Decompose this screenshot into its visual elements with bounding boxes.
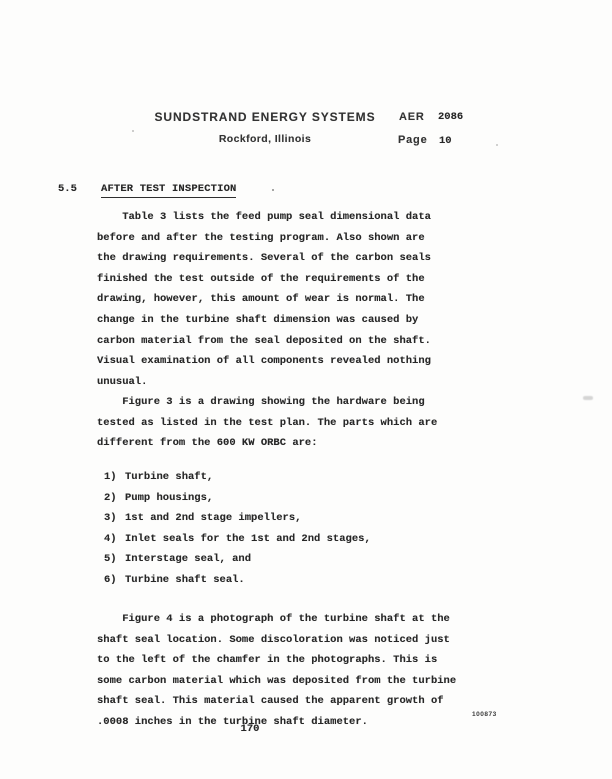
- list-item: 6) Turbine shaft seal.: [97, 570, 371, 591]
- list-item-number: 1): [104, 467, 125, 488]
- text-line: shaft seal. This material caused the app…: [97, 691, 456, 712]
- section-title: AFTER TEST INSPECTION: [101, 183, 236, 198]
- text-line: different from the 600 KW ORBC are:: [97, 433, 437, 454]
- paragraph-2: Figure 3 is a drawing showing the hardwa…: [97, 392, 437, 454]
- text-line: before and after the testing program. Al…: [97, 228, 431, 249]
- text-line: Figure 4 is a photograph of the turbine …: [97, 609, 456, 630]
- stamp-number: 100873: [472, 711, 497, 718]
- list-item: 4) Inlet seals for the 1st and 2nd stage…: [97, 529, 371, 550]
- section-number: 5.5: [58, 183, 77, 195]
- scan-smudge: [583, 396, 593, 400]
- list-item-number: 2): [104, 488, 125, 509]
- scan-speck: [272, 189, 274, 191]
- report-label: AER: [399, 111, 425, 123]
- text-line: to the left of the chamfer in the photog…: [97, 650, 456, 671]
- text-line: shaft seal location. Some discoloration …: [97, 630, 456, 651]
- text-line: Figure 3 is a drawing showing the hardwa…: [97, 392, 437, 413]
- list-item-number: 3): [104, 508, 125, 529]
- list-item-text: Pump housings,: [125, 488, 213, 509]
- text-line: Visual examination of all components rev…: [97, 351, 431, 372]
- document-page: SUNDSTRAND ENERGY SYSTEMS Rockford, Illi…: [0, 0, 612, 779]
- text-line: unusual.: [97, 372, 431, 393]
- text-line: finished the test outside of the require…: [97, 269, 431, 290]
- text-line: change in the turbine shaft dimension wa…: [97, 310, 431, 331]
- paragraph-3: Figure 4 is a photograph of the turbine …: [97, 609, 456, 733]
- company-location: Rockford, Illinois: [130, 133, 400, 145]
- list-item-text: Turbine shaft,: [125, 467, 213, 488]
- report-number: 2086: [438, 111, 463, 123]
- list-item-number: 6): [104, 570, 125, 591]
- text-line: the drawing requirements. Several of the…: [97, 248, 431, 269]
- list-item: 1) Turbine shaft,: [97, 467, 371, 488]
- text-line: carbon material from the seal deposited …: [97, 331, 431, 352]
- text-line: some carbon material which was deposited…: [97, 671, 456, 692]
- list-item-text: 1st and 2nd stage impellers,: [125, 508, 301, 529]
- list-item-text: Interstage seal, and: [125, 549, 251, 570]
- text-line: .0008 inches in the turbine shaft diamet…: [97, 712, 456, 733]
- folio-page-number: 170: [228, 723, 272, 735]
- scan-speck: [496, 144, 498, 146]
- list-item-number: 5): [104, 549, 125, 570]
- page-label: Page: [398, 134, 428, 146]
- list-item: 5) Interstage seal, and: [97, 549, 371, 570]
- list-item-number: 4): [104, 529, 125, 550]
- list-item-text: Turbine shaft seal.: [125, 570, 245, 591]
- parts-list: 1) Turbine shaft, 2) Pump housings, 3) 1…: [97, 467, 371, 591]
- page-number: 10: [439, 135, 452, 147]
- list-item-text: Inlet seals for the 1st and 2nd stages,: [125, 529, 371, 550]
- scan-speck: [132, 130, 134, 132]
- list-item: 3) 1st and 2nd stage impellers,: [97, 508, 371, 529]
- company-name: SUNDSTRAND ENERGY SYSTEMS: [130, 110, 400, 124]
- text-line: Table 3 lists the feed pump seal dimensi…: [97, 207, 431, 228]
- list-item: 2) Pump housings,: [97, 488, 371, 509]
- text-line: drawing, however, this amount of wear is…: [97, 289, 431, 310]
- paragraph-1: Table 3 lists the feed pump seal dimensi…: [97, 207, 431, 392]
- text-line: tested as listed in the test plan. The p…: [97, 413, 437, 434]
